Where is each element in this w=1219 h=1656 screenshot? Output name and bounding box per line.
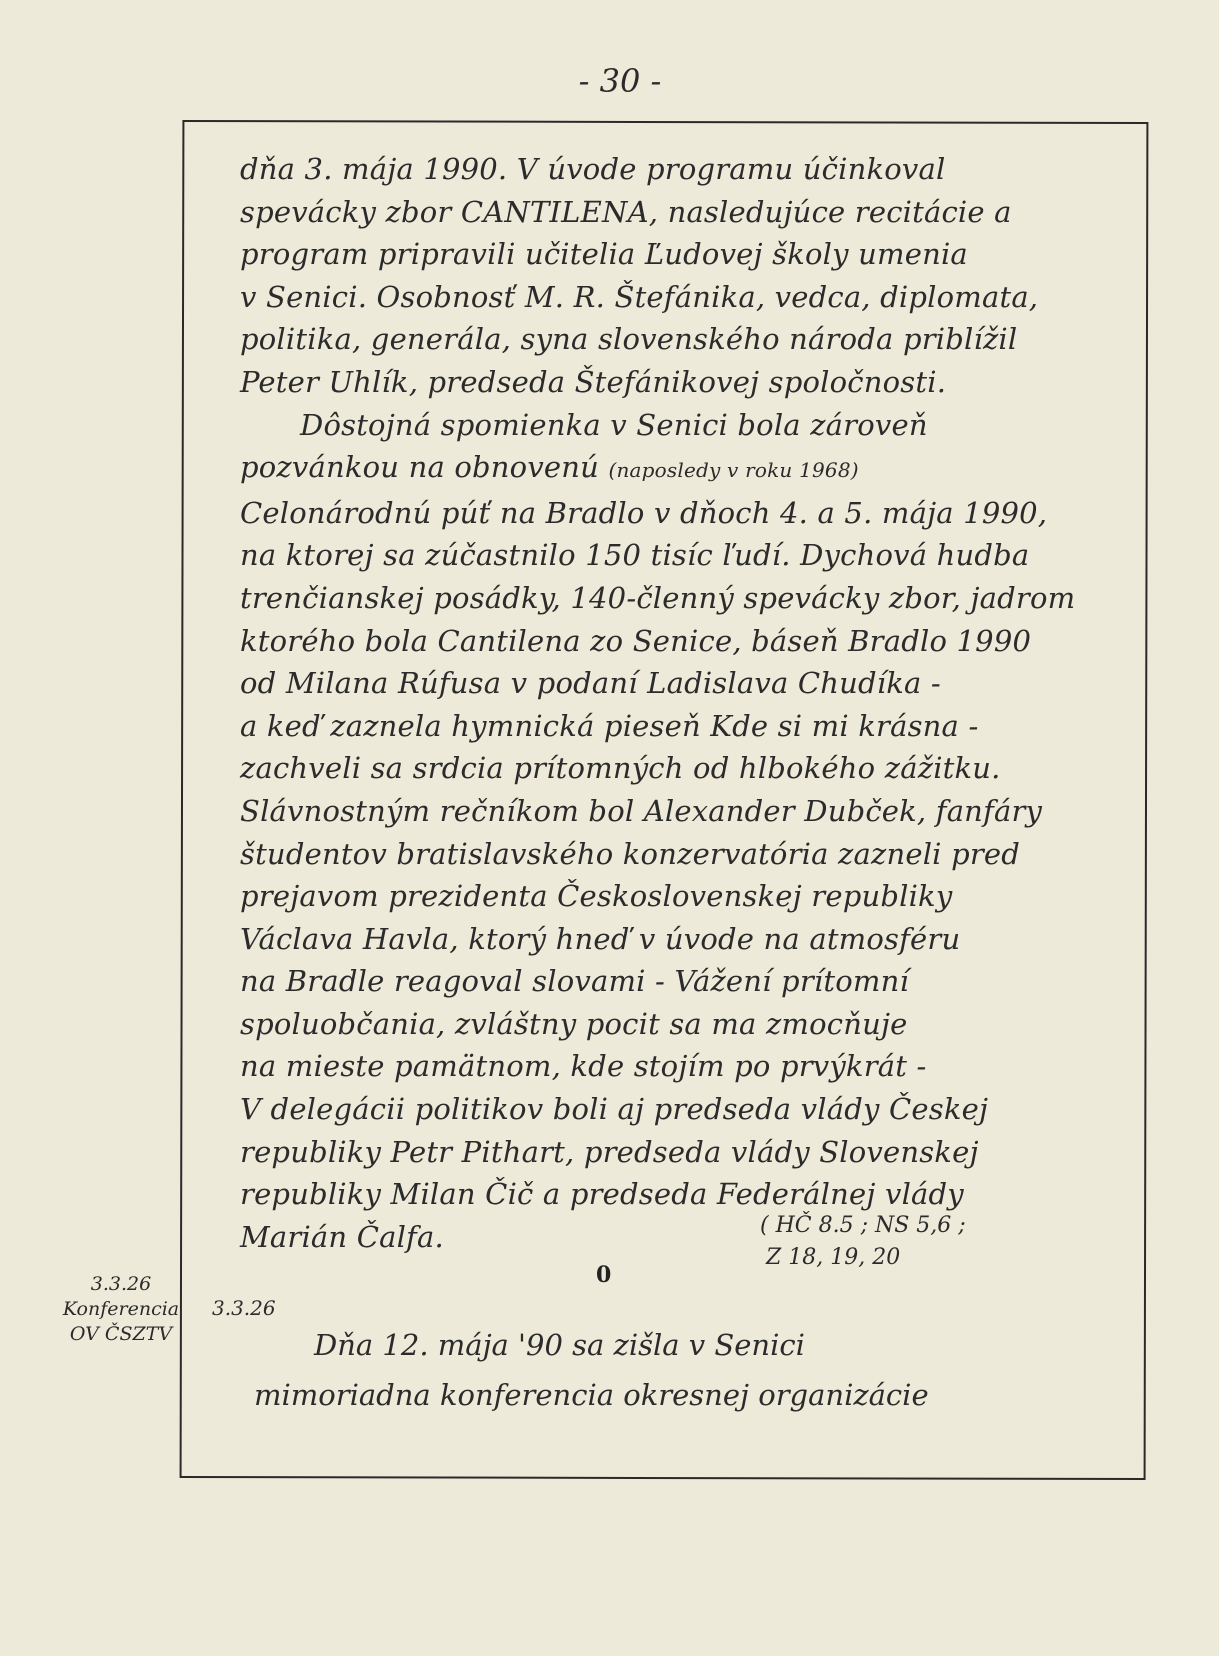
page-number: - 30 - <box>570 62 670 100</box>
text-line: V delegácii politikov boli aj predseda v… <box>240 1088 1100 1131</box>
text-line: trenčianskej posádky, 140-členný speváck… <box>240 577 1100 620</box>
margin-note-line: 3.3.26 <box>60 1272 182 1297</box>
bleed-through-text <box>1120 230 1126 256</box>
text-line: republiky Petr Pithart, predseda vlády S… <box>240 1131 1100 1174</box>
text-line: pozvánkou na obnovenú (naposledy v roku … <box>240 446 1100 492</box>
text-line: spoluobčania, zvláštny pocit sa ma zmocň… <box>240 1003 1100 1046</box>
text-line: zachveli sa srdcia prítomných od hlbokéh… <box>240 747 1100 790</box>
text-line: na mieste pamätnom, kde stojím po prvýkr… <box>240 1045 1100 1088</box>
text-line: na ktorej sa zúčastnilo 150 tisíc ľudí. … <box>240 534 1100 577</box>
text-line: ktorého bola Cantilena zo Senice, báseň … <box>240 620 1100 663</box>
text-line: mimoriadna konferencia okresnej organizá… <box>254 1370 1094 1420</box>
inline-note: (naposledy v roku 1968) <box>608 458 858 482</box>
text-line: spevácky zbor CANTILENA, nasledujúce rec… <box>240 191 1100 234</box>
main-handwritten-text: dňa 3. mája 1990. V úvode programu účink… <box>240 148 1100 1258</box>
text-line: Václava Havla, ktorý hneď v úvode na atm… <box>240 918 1100 961</box>
margin-note-line: Konferencia <box>60 1297 182 1322</box>
text-line: republiky Milan Čič a predseda Federálne… <box>240 1173 1100 1216</box>
text-line: dňa 3. mája 1990. V úvode programu účink… <box>240 148 1100 191</box>
text-line: prejavom prezidenta Československej repu… <box>240 875 1100 918</box>
citation-line-1: ( HČ 8.5 ; NS 5,6 ; <box>760 1210 966 1242</box>
text-line: program pripravili učitelia Ľudovej škol… <box>240 233 1100 276</box>
margin-note-line: OV ČSZTV <box>60 1322 182 1347</box>
section-separator-mark: 0 <box>596 1262 611 1288</box>
text-line: Marián Čalfa. <box>240 1216 1100 1259</box>
paragraph-start-line: Dňa 12. mája '90 sa zišla v Senici <box>254 1320 1094 1370</box>
text-line: politika, generála, syna slovenského nár… <box>240 318 1100 361</box>
text-line: v Senici. Osobnosť M. R. Štefánika, vedc… <box>240 276 1100 319</box>
second-paragraph: Dňa 12. mája '90 sa zišla v Senici mimor… <box>254 1320 1094 1420</box>
paragraph-start-line: Dôstojná spomienka v Senici bola zároveň <box>240 404 1100 447</box>
section-reference-number: 3.3.26 <box>212 1296 276 1320</box>
text-line: a keď zaznela hymnická pieseň Kde si mi … <box>240 705 1100 748</box>
citation-line-2: Z 18, 19, 20 <box>760 1242 966 1274</box>
margin-annotation: 3.3.26 Konferencia OV ČSZTV <box>60 1272 182 1347</box>
text-line: od Milana Rúfusa v podaní Ladislava Chud… <box>240 662 1100 705</box>
text-fragment: pozvánkou na obnovenú <box>240 450 599 484</box>
source-citation: ( HČ 8.5 ; NS 5,6 ; Z 18, 19, 20 <box>760 1210 966 1274</box>
text-line: Peter Uhlík, predseda Štefánikovej spolo… <box>240 361 1100 404</box>
text-line: Celonárodnú púť na Bradlo v dňoch 4. a 5… <box>240 492 1100 535</box>
text-line: na Bradle reagoval slovami - Vážení prít… <box>240 960 1100 1003</box>
text-line: Slávnostným rečníkom bol Alexander Dubče… <box>240 790 1100 833</box>
text-line: študentov bratislavského konzervatória z… <box>240 833 1100 876</box>
